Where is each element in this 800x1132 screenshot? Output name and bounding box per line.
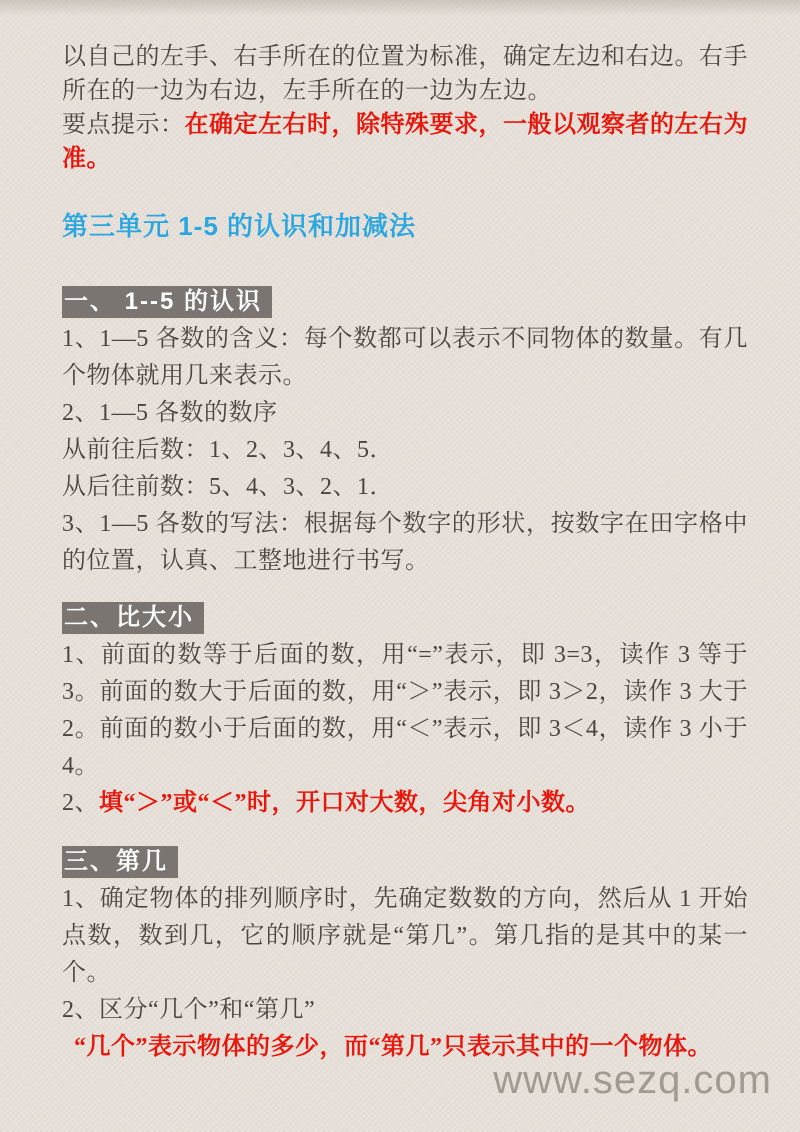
section-1-title: 一、 1--5 的认识 [62,286,272,318]
section-2-title-row: 二、比大小 [62,602,748,634]
unit-heading: 第三单元 1-5 的认识和加减法 [62,210,748,242]
intro-text: 以自己的左手、右手所在的位置为标准，确定左边和右边。右手所在的一边为右边，左手所… [62,44,748,104]
watermark: www.sezq.com [493,1058,772,1102]
section-2-paragraph: 1、前面的数等于后面的数，用“=”表示，即 3=3，读作 3 等于 3。前面的数… [62,637,748,785]
section-numbers-1-5: 一、 1--5 的认识 1、1—5 各数的含义：每个数都可以表示不同物体的数量。… [62,286,748,580]
document-page: 以自己的左手、右手所在的位置为标准，确定左边和右边。右手所在的一边为右边，左手所… [0,0,800,1066]
section-3-paragraph: 1、确定物体的排列顺序时，先确定数数的方向，然后从 1 开始点数，数到几，它的顺… [62,881,748,992]
section-1-paragraph: 从前往后数：1、2、3、4、5． [62,432,748,469]
key-tip-label: 要点提示： [62,112,185,138]
section-2-note-label: 2、 [62,790,99,816]
section-3-title: 三、第几 [62,846,178,878]
section-2-title: 二、比大小 [62,602,204,634]
section-compare-sizes: 二、比大小 1、前面的数等于后面的数，用“=”表示，即 3=3，读作 3 等于 … [62,602,748,822]
section-ordinal: 三、第几 1、确定物体的排列顺序时，先确定数数的方向，然后从 1 开始点数，数到… [62,846,748,1066]
section-1-paragraph: 3、1—5 各数的写法：根据每个数字的形状，按数字在田字格中的位置，认真、工整地… [62,506,748,580]
section-1-paragraph: 从后往前数：5、4、3、2、1． [62,469,748,506]
section-1-title-row: 一、 1--5 的认识 [62,286,748,318]
section-1-paragraph: 1、1—5 各数的含义：每个数都可以表示不同物体的数量。有几个物体就用几来表示。 [62,321,748,395]
section-3-paragraph: 2、区分“几个”和“第几” [62,992,748,1029]
section-2-note: 2、填“＞”或“＜”时，开口对大数，尖角对小数。 [62,785,748,822]
key-tip-paragraph: 要点提示：在确定左右时，除特殊要求，一般以观察者的左右为准。 [62,108,748,176]
section-3-title-row: 三、第几 [62,846,748,878]
intro-paragraph: 以自己的左手、右手所在的位置为标准，确定左边和右边。右手所在的一边为右边，左手所… [62,40,748,108]
section-2-note-text: 填“＞”或“＜”时，开口对大数，尖角对小数。 [99,790,590,816]
section-1-paragraph: 2、1—5 各数的数序 [62,395,748,432]
